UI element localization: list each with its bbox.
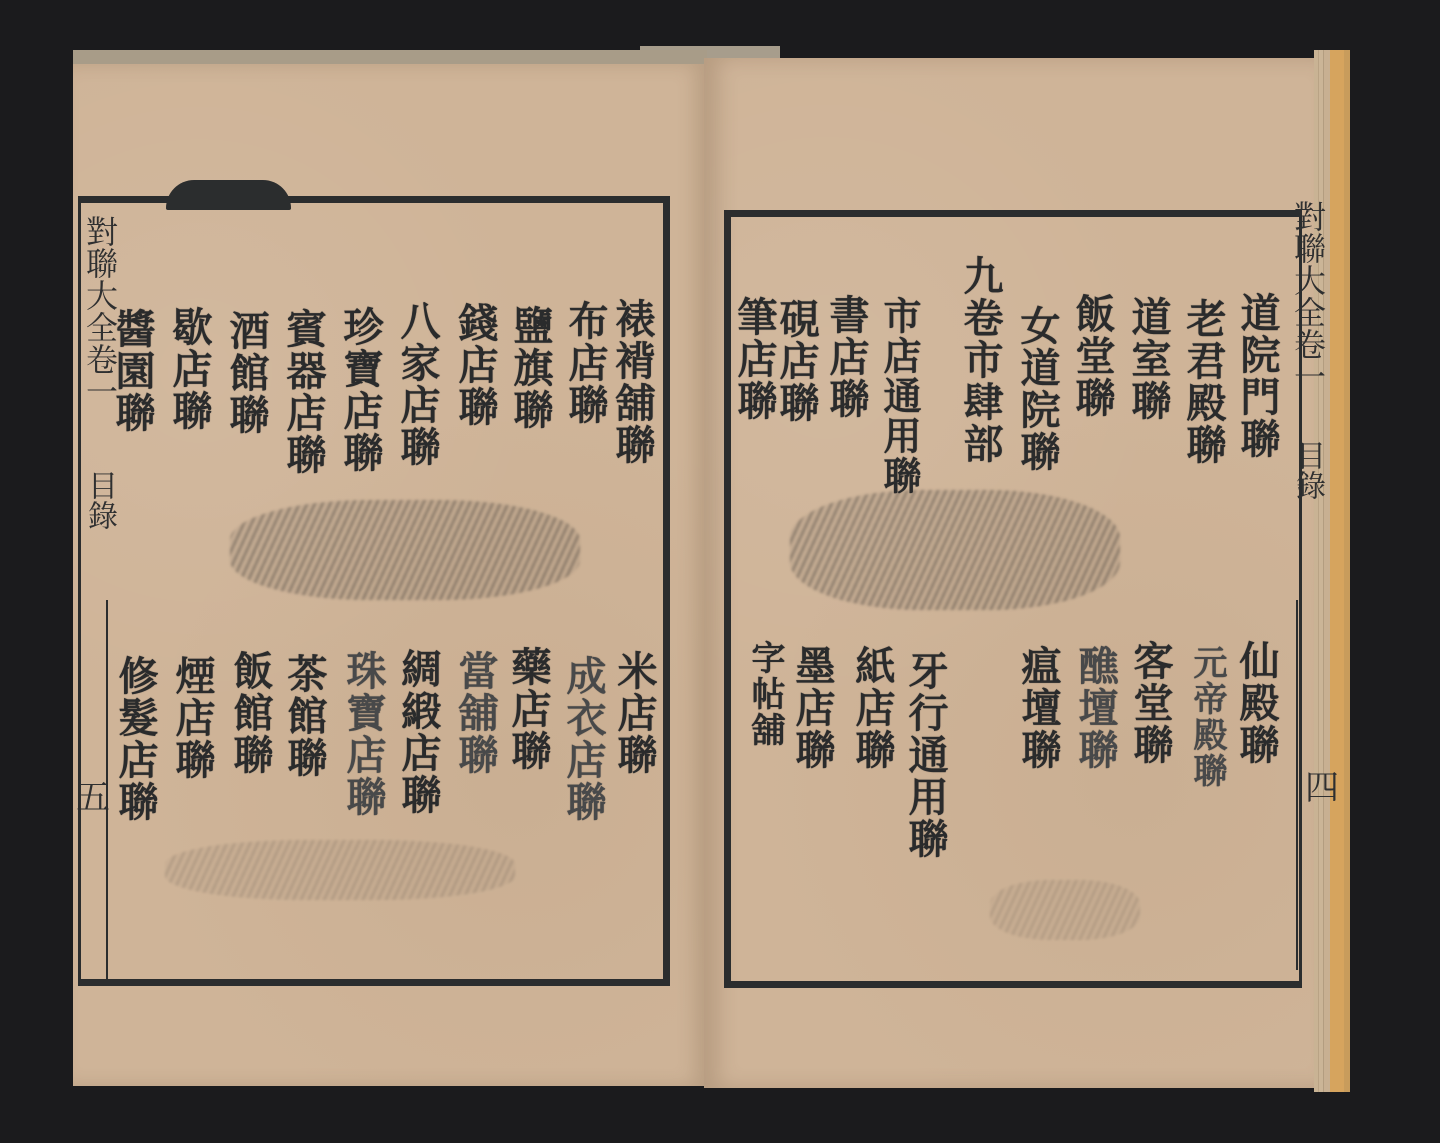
right-lower-item-9: 字帖舖 — [748, 640, 782, 748]
left-upper-item-2: 布店聯 — [565, 300, 605, 426]
right-upper-item-3: 道室聯 — [1128, 296, 1168, 422]
left-lower-item-6: 珠寶店聯 — [343, 650, 383, 818]
left-upper-item-3: 鹽旗聯 — [510, 305, 550, 431]
right-upper-item-1: 道院門聯 — [1237, 292, 1277, 460]
right-lower-item-2: 元帝殿聯 — [1190, 645, 1224, 789]
left-lower-item-9: 煙店聯 — [172, 655, 212, 781]
scan-background: 對聯大全卷一 目錄 五 裱褙舖聯 布店聯 鹽旗聯 錢店聯 八家店聯 珍寶店聯 賓… — [0, 0, 1440, 1143]
right-margin-rule — [1296, 600, 1298, 970]
left-upper-item-4: 錢店聯 — [455, 302, 495, 428]
right-upper-item-6: 市店通用聯 — [880, 296, 918, 496]
right-upper-item-7: 書店聯 — [826, 294, 866, 420]
right-lower-item-7: 紙店聯 — [852, 645, 892, 771]
right-folio: 四 — [1305, 760, 1339, 809]
right-lower-item-8: 墨店聯 — [792, 645, 832, 771]
left-folio: 五 — [76, 770, 110, 819]
left-lower-item-7: 茶館聯 — [284, 653, 324, 779]
ink-blot — [166, 180, 291, 210]
right-upper-section-heading: 九卷市肆部 — [960, 255, 1000, 465]
left-lower-item-1: 米店聯 — [614, 650, 654, 776]
left-upper-item-9: 歇店聯 — [169, 306, 209, 432]
right-upper-item-2: 老君殿聯 — [1183, 298, 1223, 466]
right-lower-item-4: 醮壇聯 — [1075, 645, 1115, 771]
left-lower-item-8: 飯館聯 — [230, 650, 270, 776]
show-through-smudge — [790, 490, 1120, 610]
right-upper-item-8: 硯店聯 — [776, 298, 816, 424]
left-upper-item-7: 賓器店聯 — [283, 308, 323, 476]
left-lower-item-2: 成衣店聯 — [563, 655, 603, 823]
left-lower-item-5: 綢緞店聯 — [398, 648, 438, 816]
show-through-smudge — [990, 880, 1140, 940]
left-upper-item-8: 酒館聯 — [226, 310, 266, 436]
right-margin-section: 目錄 — [1292, 440, 1322, 500]
right-margin-title: 對聯大全卷一 — [1292, 200, 1324, 392]
left-upper-item-1: 裱褙舖聯 — [612, 298, 652, 466]
left-lower-item-3: 藥店聯 — [508, 646, 548, 772]
left-upper-item-5: 八家店聯 — [397, 300, 437, 468]
right-upper-item-4: 飯堂聯 — [1072, 293, 1112, 419]
right-upper-item-9: 筆店聯 — [734, 296, 774, 422]
right-lower-item-5: 瘟壇聯 — [1018, 645, 1058, 771]
show-through-smudge — [230, 500, 580, 600]
show-through-smudge — [165, 840, 515, 900]
left-lower-item-10: 修髮店聯 — [115, 655, 155, 823]
left-upper-item-10: 醬園聯 — [112, 308, 152, 434]
right-lower-item-1: 仙殿聯 — [1236, 640, 1276, 766]
right-lower-item-3: 客堂聯 — [1130, 640, 1170, 766]
right-upper-item-5: 女道院聯 — [1017, 305, 1057, 473]
left-margin-section: 目錄 — [84, 470, 114, 530]
left-lower-item-4: 當舖聯 — [455, 650, 495, 776]
right-lower-item-6: 牙行通用聯 — [905, 650, 945, 860]
left-upper-item-6: 珍寶店聯 — [340, 306, 380, 474]
